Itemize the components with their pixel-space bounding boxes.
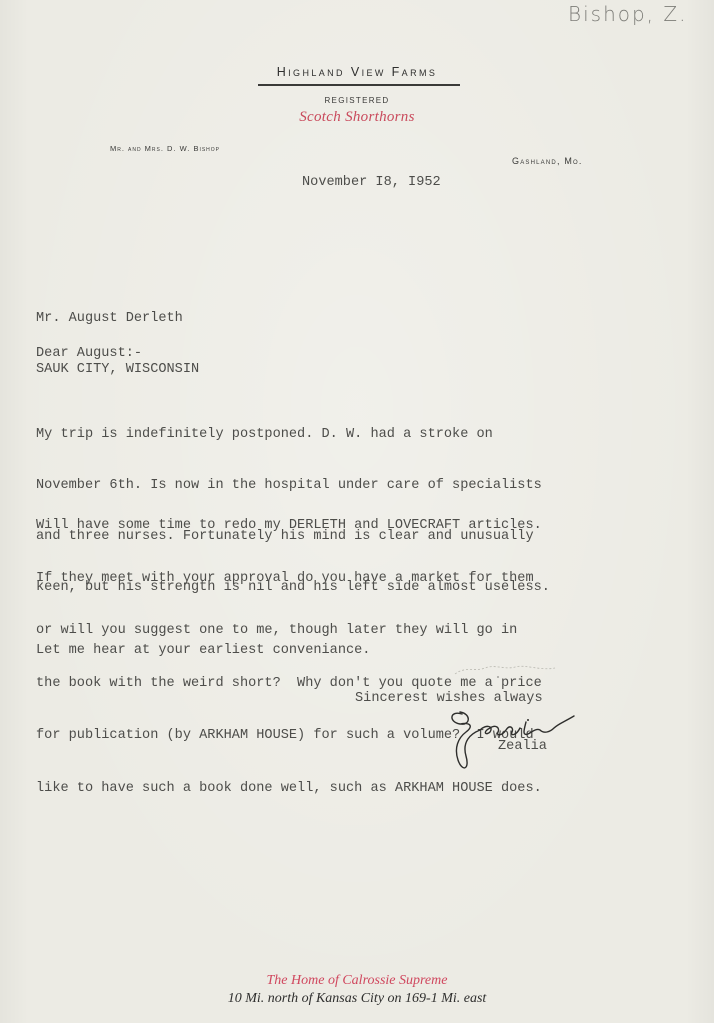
paragraph-line: If they meet with your approval do you h…: [36, 570, 542, 589]
paragraph-3: Let me hear at your earliest conveniance…: [36, 608, 370, 693]
pencil-scribble-mark: [450, 660, 570, 680]
footer-directions: 10 Mi. north of Kansas City on 169-1 Mi.…: [0, 991, 714, 1007]
recipient-name: Mr. August Derleth: [36, 310, 199, 327]
location-label: Gashland, Mo.: [512, 156, 583, 166]
paragraph-line: My trip is indefinitely postponed. D. W.…: [36, 426, 550, 443]
typed-signer-name: Zealia: [498, 738, 547, 755]
registered-label: REGISTERED: [0, 96, 714, 105]
owners-label: Mr. and Mrs. D. W. Bishop: [110, 144, 220, 153]
recipient-address: SAUK CITY, WISCONSIN: [36, 361, 199, 378]
letter-date: November I8, I952: [302, 174, 441, 191]
breed-label: Scotch Shorthorns: [0, 109, 714, 126]
farm-name: Highland View Farms: [0, 65, 714, 79]
paragraph-line: Let me hear at your earliest conveniance…: [36, 642, 370, 659]
archive-handwritten-note: Bishop, Z.: [568, 2, 687, 26]
paragraph-line: like to have such a book done well, such…: [36, 780, 542, 799]
footer-tagline: The Home of Calrossie Supreme: [0, 973, 714, 989]
salutation: Dear August:-: [36, 345, 142, 362]
letterhead-rule: [258, 84, 460, 86]
paragraph-line: Will have some time to redo my DERLETH a…: [36, 517, 542, 536]
